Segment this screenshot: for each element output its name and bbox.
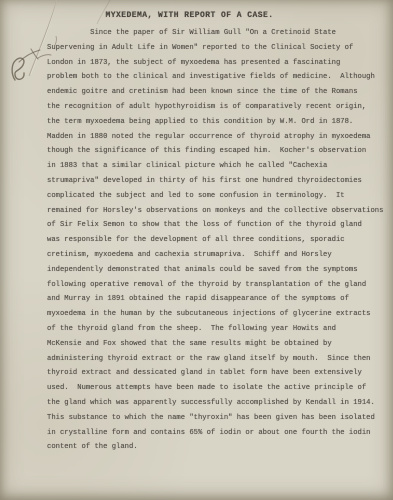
typewritten-line: complicated the subject and led to some … <box>47 189 387 204</box>
typewritten-line: thyroid extract and dessicated gland in … <box>47 366 387 381</box>
typewritten-line: London in 1873, the subject of myxoedema… <box>47 56 387 71</box>
document-body: Since the paper of Sir William Gull "On … <box>47 26 387 455</box>
typewritten-line: in 1883 that a similar clinical picture … <box>47 159 387 174</box>
typewritten-line: following operative removal of the thyro… <box>47 278 387 293</box>
typewritten-line: strumapriva" developed in thirty of his … <box>47 174 387 189</box>
typewritten-line: content of the gland. <box>47 440 387 455</box>
typewritten-line: though the significance of this finding … <box>47 144 387 159</box>
typewritten-line: Since the paper of Sir William Gull "On … <box>47 26 387 41</box>
typewritten-line: and Murray in 1891 obtained the rapid di… <box>47 292 387 307</box>
typewritten-line: the recognition of adult hypothyroidism … <box>47 100 387 115</box>
typewritten-line: Madden in 1880 noted the regular occurre… <box>47 130 387 145</box>
page-title: MYXEDEMA, WITH REPORT OF A CASE. <box>0 11 379 20</box>
typewritten-line: remained for Horsley's observations on m… <box>47 204 387 219</box>
typewritten-line: administering thyroid extract or the raw… <box>47 352 387 367</box>
typewritten-line: the term myxoedema being applied to this… <box>47 115 387 130</box>
scanned-document: MYXEDEMA, WITH REPORT OF A CASE. Since t… <box>0 0 393 500</box>
typewritten-line: McKensie and Fox showed that the same re… <box>47 337 387 352</box>
typewritten-line: of the thyroid gland from the sheep. The… <box>47 322 387 337</box>
typewritten-line: in crystalline form and contains 65% of … <box>47 426 387 441</box>
typewritten-line: of Sir Felix Semon to show that the loss… <box>47 218 387 233</box>
typewritten-line: problem both to the clinical and investi… <box>47 70 387 85</box>
typewritten-page: MYXEDEMA, WITH REPORT OF A CASE. Since t… <box>0 0 393 500</box>
typewritten-line: myxoedema in the human by the subcutaneo… <box>47 307 387 322</box>
typewritten-line: This substance to which the name "thyrox… <box>47 411 387 426</box>
typewritten-line: independently demonstrated that animals … <box>47 263 387 278</box>
typewritten-line: the gland which was apparently successfu… <box>47 396 387 411</box>
typewritten-line: endemic goitre and cretinism had been kn… <box>47 85 387 100</box>
typewritten-line: cretinism, myxoedema and cachexia struma… <box>47 248 387 263</box>
typewritten-line: used. Numerous attempts have been made t… <box>47 381 387 396</box>
typewritten-line: was responsible for the development of a… <box>47 233 387 248</box>
typewritten-line: Supervening in Adult Life in Women" repo… <box>47 41 387 56</box>
